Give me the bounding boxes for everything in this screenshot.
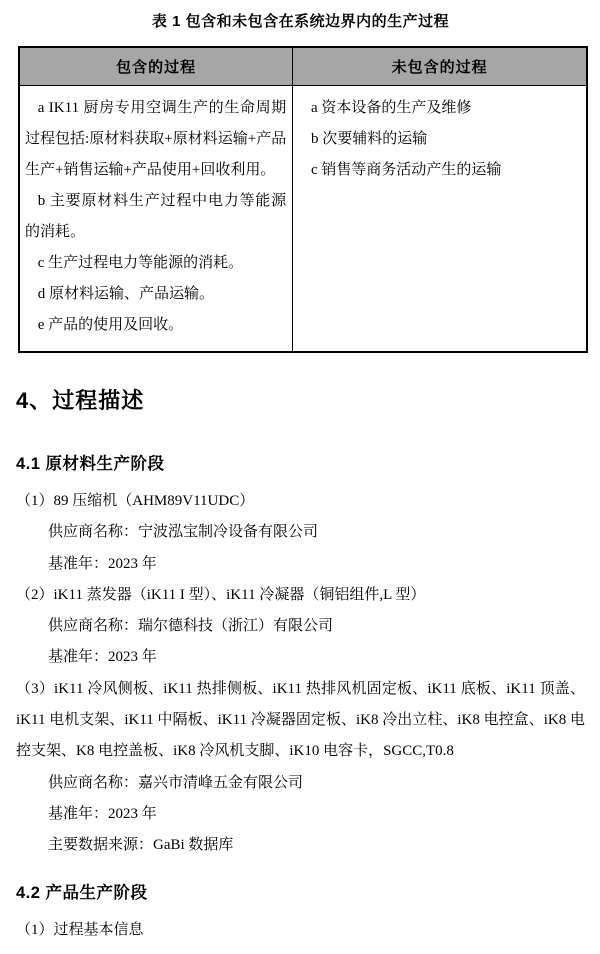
included-item: a IK11 厨房专用空调生产的生命周期过程包括:原材料获取+原材料运输+产品生… (25, 93, 286, 186)
table-header-row: 包含的过程 未包含的过程 (19, 47, 587, 86)
supplier-name-line: 供应商名称：宁波泓宝制冷设备有限公司 (16, 517, 585, 548)
section-heading-process-description: 4、过程描述 (16, 384, 585, 415)
included-processes-cell: a IK11 厨房专用空调生产的生命周期过程包括:原材料获取+原材料运输+产品生… (19, 86, 293, 353)
included-item: e 产品的使用及回收。 (25, 310, 286, 341)
base-year-line: 基准年：2023 年 (16, 549, 585, 580)
item-1-process-basic-info: （1）过程基本信息 (16, 915, 585, 946)
included-item: c 生产过程电力等能源的消耗。 (25, 248, 286, 279)
base-year-line: 基准年：2023 年 (16, 799, 585, 830)
column-header-excluded: 未包含的过程 (293, 47, 587, 86)
system-boundary-table: 包含的过程 未包含的过程 a IK11 厨房专用空调生产的生命周期过程包括:原材… (18, 46, 588, 353)
included-item: d 原材料运输、产品运输。 (25, 279, 286, 310)
excluded-item: a 资本设备的生产及维修 (298, 93, 580, 124)
included-item: b 主要原材料生产过程中电力等能源的消耗。 (25, 186, 286, 248)
boundary-table-header: 包含的过程 未包含的过程 (19, 47, 587, 86)
supplier-name-line: 供应商名称：嘉兴市清峰五金有限公司 (16, 768, 585, 799)
excluded-processes-cell: a 资本设备的生产及维修 b 次要辅料的运输 c 销售等商务活动产生的运输 (293, 86, 587, 353)
subsection-heading-raw-material-stage: 4.1 原材料生产阶段 (16, 450, 585, 474)
excluded-item: b 次要辅料的运输 (298, 124, 580, 155)
table-caption: 表 1 包含和未包含在系统边界内的生产过程 (16, 10, 585, 31)
document-page: 表 1 包含和未包含在系统边界内的生产过程 包含的过程 未包含的过程 a IK1… (0, 0, 600, 954)
column-header-included: 包含的过程 (19, 47, 293, 86)
table-row: a IK11 厨房专用空调生产的生命周期过程包括:原材料获取+原材料运输+产品生… (19, 86, 587, 353)
item-1-compressor: （1）89 压缩机（AHM89V11UDC） (16, 486, 585, 517)
data-source-line: 主要数据来源：GaBi 数据库 (16, 830, 585, 861)
base-year-line: 基准年：2023 年 (16, 642, 585, 673)
excluded-item: c 销售等商务活动产生的运输 (298, 155, 580, 186)
subsection-heading-product-production-stage: 4.2 产品生产阶段 (16, 879, 585, 903)
supplier-name-line: 供应商名称：瑞尔德科技（浙江）有限公司 (16, 611, 585, 642)
item-3-sheet-metal-parts: （3）iK11 冷风侧板、iK11 热排侧板、iK11 热排风机固定板、iK11… (16, 674, 585, 768)
boundary-table-body: a IK11 厨房专用空调生产的生命周期过程包括:原材料获取+原材料运输+产品生… (19, 86, 587, 353)
item-2-evaporator: （2）iK11 蒸发器（iK11 I 型）、iK11 冷凝器（铜铝组件,L 型） (16, 580, 585, 611)
